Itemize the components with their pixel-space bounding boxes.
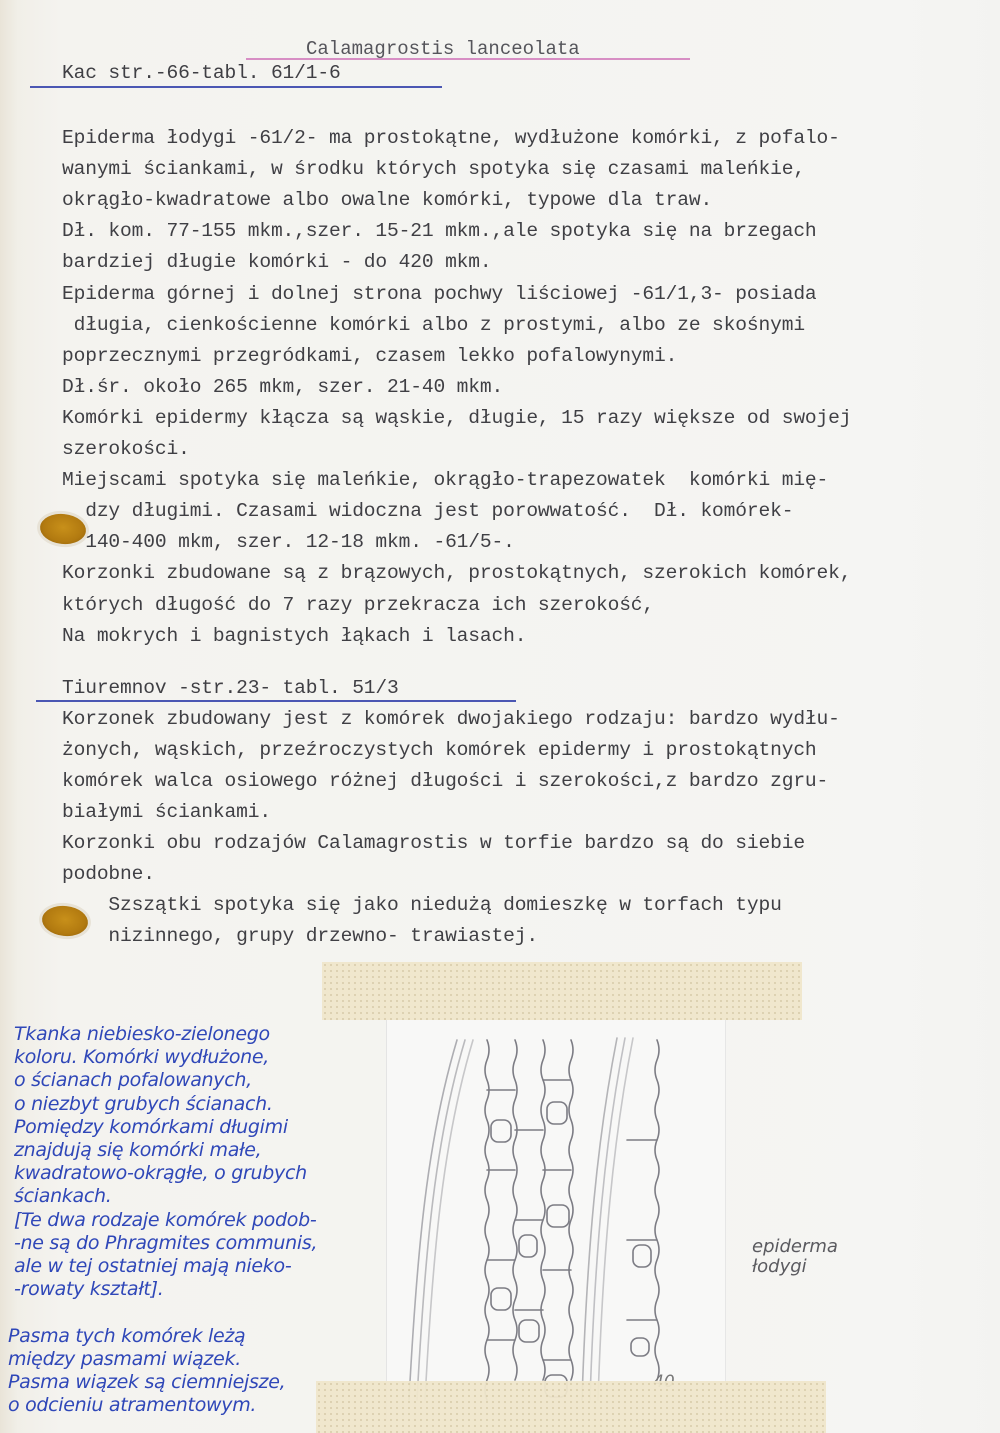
adhesive-tape-top	[322, 962, 802, 1020]
section-2-line: komórek walca osiowego różnej długości i…	[62, 770, 828, 792]
section-1-line: Komórki epidermy kłącza są wąskie, długi…	[62, 407, 851, 429]
section-1-line: Na mokrych i bagnistych łąkach i lasach.	[62, 625, 526, 647]
section-1-line: Dł.śr. około 265 mkm, szer. 21-40 mkm.	[62, 376, 503, 398]
section-2-line: białymi ściankami.	[62, 801, 271, 823]
section-1-line: Epiderma górnej i dolnej strona pochwy l…	[62, 283, 817, 305]
section-1-line: dzy długimi. Czasami widoczna jest porow…	[62, 500, 793, 522]
section-2-line: nizinnego, grupy drzewno- trawiastej.	[62, 925, 538, 947]
title-underline	[246, 58, 690, 60]
section-1-line: 140-400 mkm, szer. 12-18 mkm. -61/5-.	[62, 531, 515, 553]
reference-tiuremnov: Tiuremnov -str.23- tabl. 51/3	[62, 677, 399, 699]
section-1-line: Korzonki zbudowane są z brązowych, prost…	[62, 562, 851, 584]
section-1-line: wanymi ściankami, w środku których spoty…	[62, 158, 805, 180]
section-2-line: Szszątki spotyka się jako niedużą domies…	[62, 894, 782, 916]
section-1-line: okrągło-kwadratowe albo owalne komórki, …	[62, 189, 712, 211]
section-1-line: których długość do 7 razy przekracza ich…	[62, 594, 654, 616]
section-1-line: długia, cienkościenne komórki albo z pro…	[62, 314, 805, 336]
section-1-line: bardziej długie komórki - do 420 mkm.	[62, 251, 492, 273]
section-1-line: Epiderma łodygi -61/2- ma prostokątne, w…	[62, 127, 840, 149]
epidermis-cell-sketch	[387, 1020, 725, 1420]
document-page: Calamagrostis lanceolata Kac str.-66-tab…	[0, 0, 1000, 1433]
section-1-line: szerokości.	[62, 438, 190, 460]
reference-kac: Kac str.-66-tabl. 61/1-6	[62, 62, 341, 84]
sketch-caption-line-1: epiderma	[752, 1237, 838, 1257]
handwritten-note-line: -rowaty kształt].	[14, 1275, 163, 1303]
section-1-line: Miejscami spotyka się maleńkie, okrągło-…	[62, 469, 828, 491]
section-2-line: podobne.	[62, 863, 155, 885]
document-title: Calamagrostis lanceolata	[306, 38, 580, 60]
reference-tiuremnov-underline	[36, 700, 516, 702]
section-1-line: poprzecznymi przegródkami, czasem lekko …	[62, 345, 677, 367]
reference-kac-underline	[30, 86, 442, 88]
section-2-line: Korzonek zbudowany jest z komórek dwojak…	[62, 708, 840, 730]
section-2-line: żonych, wąskich, przeźroczystych komórek…	[62, 739, 817, 761]
adhesive-tape-bottom	[316, 1381, 826, 1433]
sketch-caption-line-2: łodygi	[752, 1257, 807, 1277]
section-1-line: Dł. kom. 77-155 mkm.,szer. 15-21 mkm.,al…	[62, 220, 817, 242]
handwritten-note-line: o odcieniu atramentowym.	[8, 1391, 256, 1419]
section-2-line: Korzonki obu rodzajów Calamagrostis w to…	[62, 832, 805, 854]
sketch-card: 40	[386, 1020, 726, 1420]
